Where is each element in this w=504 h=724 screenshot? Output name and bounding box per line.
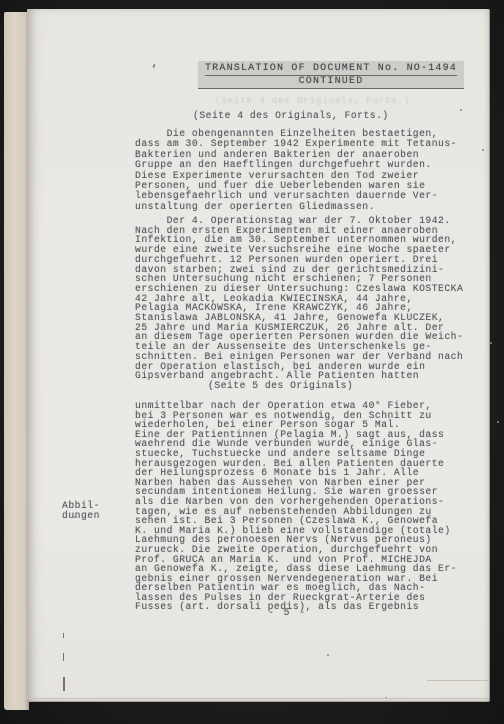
binding-mark: [63, 633, 64, 638]
paragraph-1: Die obengenannten Einzelheiten bestaetig…: [135, 129, 457, 212]
binding-mark: [63, 677, 65, 691]
scan-speck: [497, 421, 499, 423]
stamp-document-title: TRANSLATION OF DOCUMENT No. NO-1494: [205, 63, 457, 76]
scan-speck: [327, 654, 329, 656]
page-bottom-edge: [27, 698, 489, 699]
binding-mark: [63, 653, 64, 661]
fold-line: [427, 680, 489, 681]
margin-note-abbildungen: Abbil- dungen: [62, 501, 100, 522]
translation-stamp: TRANSLATION OF DOCUMENT No. NO-1494CONTI…: [198, 61, 464, 89]
scan-speck: [490, 342, 492, 344]
paragraph-2: Der 4. Operationstag war der 7. Oktober …: [135, 216, 463, 381]
paragraph-3: unmittelbar nach der Operation etwa 40° …: [135, 401, 457, 612]
document-page: (Seite 4 des Originals, Forts.) TRANSLAT…: [27, 9, 490, 702]
heading-seite-5: (Seite 5 des Originals): [208, 380, 353, 391]
scan-speck: [385, 697, 387, 698]
bleed-through-ghost-text: (Seite 4 des Originals, Forts.): [215, 95, 410, 106]
stamp-continued-label: CONTINUED: [299, 76, 364, 87]
scan-speck: [460, 109, 462, 111]
scan-speck: [152, 64, 155, 68]
book-page-edge: [4, 12, 29, 710]
scan-speck: [74, 516, 76, 518]
scan-speck: [482, 149, 484, 151]
heading-seite-4: (Seite 4 des Originals, Forts.): [193, 110, 389, 121]
page-number: - 5 -: [268, 607, 307, 618]
